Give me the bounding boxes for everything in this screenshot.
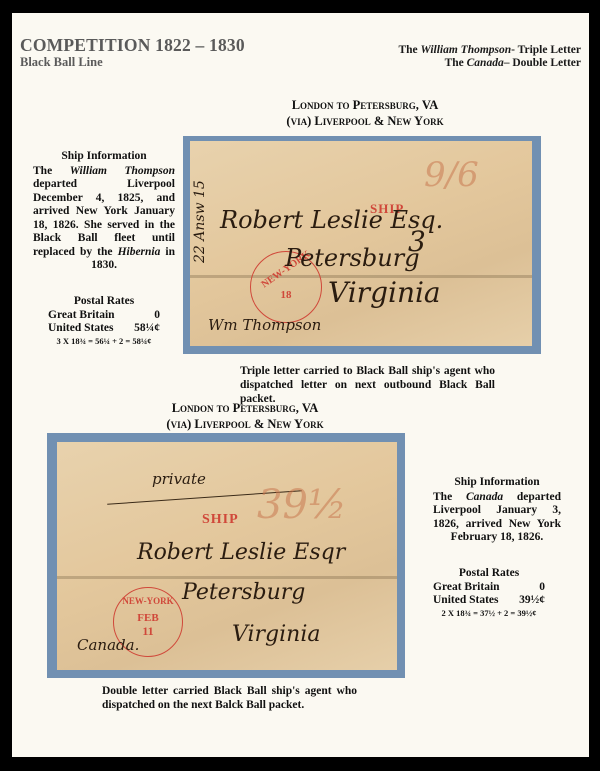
rate-row: Great Britain0 — [48, 309, 160, 323]
route-heading-1: London to Petersburg, VA (via) Liverpool… — [190, 97, 540, 129]
rate-mark: 39½ — [257, 482, 347, 528]
rate-calculation: 3 X 18¾ = 56¼ + 2 = 58¼¢ — [48, 336, 160, 347]
rate-row: United States39½¢ — [433, 594, 545, 608]
ship-name: William Thompson — [421, 44, 512, 56]
route-heading-2: London to Petersburg, VA (via) Liverpool… — [110, 400, 380, 432]
ship-info-2: Ship Information The Canada departed Liv… — [433, 476, 561, 545]
cover-image-2: private 39½ SHIP Robert Leslie Esqr NEW-… — [57, 442, 397, 670]
ship-name: William Thompson — [70, 165, 175, 177]
ship-info-heading: Ship Information — [433, 476, 561, 490]
ship-name: Canada — [467, 57, 504, 69]
ship-info-1: Ship Information The William Thompson de… — [33, 150, 175, 273]
postal-rates-heading: Postal Rates — [48, 295, 160, 309]
rate-calculation: 2 X 18¾ = 37½ + 2 = 39½¢ — [433, 608, 545, 619]
rate-row: Great Britain0 — [433, 581, 545, 595]
postal-rates-2: Postal Rates Great Britain0 United State… — [433, 567, 545, 619]
docket-note: 22 Answ 15 — [192, 180, 208, 263]
rate-row: United States58¼¢ — [48, 322, 160, 336]
ship-name: Canada — [466, 491, 503, 503]
cover-caption-2: Double letter carried Black Ball ship's … — [102, 684, 357, 712]
address-state: Virginia — [328, 276, 441, 309]
address-city: Petersburg — [182, 580, 305, 605]
letter-type-legend: The William Thompson- Triple Letter The … — [398, 44, 581, 70]
cover-image-1: 22 Answ 15 9/6 SHIP Robert Leslie Esq. 3… — [190, 141, 532, 346]
private-endorsement: private — [152, 470, 206, 488]
page-title: COMPETITION 1822 – 1830 — [20, 35, 245, 56]
postal-rates-1: Postal Rates Great Britain0 United State… — [48, 295, 160, 347]
ship-handstamp: SHIP — [202, 512, 239, 528]
rate-mark: 9/6 — [424, 155, 479, 195]
address-city: Petersburg — [285, 244, 420, 272]
address-state: Virginia — [232, 622, 321, 647]
ship-info-heading: Ship Information — [33, 150, 175, 164]
ship-name: Hibernia — [118, 246, 161, 258]
postal-rates-heading: Postal Rates — [433, 567, 545, 581]
sender-signature: Wm Thompson — [208, 316, 321, 334]
ship-name-note: Canada. — [77, 636, 139, 654]
addressee-name: Robert Leslie Esqr — [137, 540, 345, 565]
page-subtitle: Black Ball Line — [20, 55, 103, 70]
